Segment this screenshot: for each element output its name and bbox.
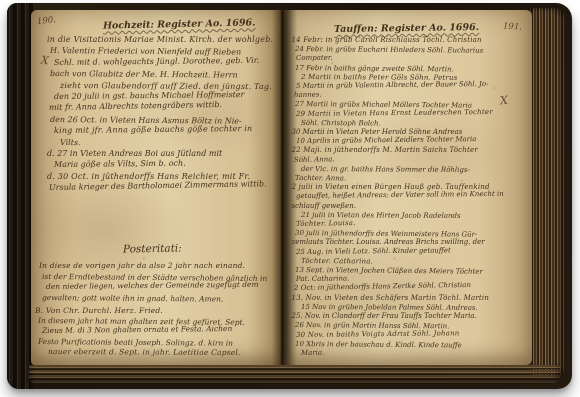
left-page-number: 190.: [37, 15, 57, 27]
right-page-header: Tauffen: Register Ao. 1696.: [333, 22, 478, 35]
handwritten-line: Zieus M. di 3 Non ghalten ornata et Fest…: [42, 324, 274, 337]
book-cover-left-edge: [7, 3, 33, 389]
right-page-entries: 14 Febr: in grüb Caroli Rischlauss Töchl…: [292, 36, 531, 358]
handwritten-line: In diese de vorigen jahr da also 2 jahr …: [39, 261, 278, 272]
handwritten-line: in die Visitationis Mariae Minist. Kirch…: [47, 34, 280, 45]
open-book: 190. Hochzeit: Register Ao. 1696. X in d…: [7, 3, 572, 389]
left-page-entries: in die Visitationis Mariae Minist. Kirch…: [47, 34, 280, 194]
handwritten-line: 30 Nov. in baiths Voigts Adrist Söhl. Jo…: [295, 328, 530, 340]
handwritten-line: Ursula krieger des Bartholomaei Zimmerma…: [49, 178, 280, 193]
handwritten-line: B. Von Chr. Durchl. Herz. Fried.: [35, 306, 274, 316]
left-page-section-b: B. Von Chr. Durchl. Herz. Fried.In diese…: [35, 306, 274, 357]
handwritten-line: Maria göße als Vilts, Sim b. och.: [54, 157, 280, 171]
photo-background: 190. Hochzeit: Register Ao. 1696. X in d…: [0, 0, 580, 397]
handwritten-line: den nieder liegen, welches der Gemeinde …: [46, 280, 278, 293]
left-page: 190. Hochzeit: Register Ao. 1696. X in d…: [31, 10, 282, 365]
handwritten-line: 29 Martii in Vietan Hans Ernst Leudersch…: [295, 107, 530, 119]
right-page: 191. Tauffen: Register Ao. 1696. X 14 Fe…: [282, 10, 533, 365]
posteritati-paragraph: In diese de vorigen jahr da also 2 jahr …: [39, 261, 278, 303]
posteritati-heading: Posteritati:: [123, 242, 182, 255]
handwritten-line: Compater.: [295, 52, 530, 64]
handwritten-line: nauer eberzeit d. Sept. in jahr. Laetiti…: [48, 347, 274, 358]
handwritten-line: getauffet, heißet Andreas; der Vater sol…: [295, 190, 530, 202]
page-stack-bottom-edge: [29, 364, 560, 384]
handwritten-line: 13. Nov. in Vieten des Schäfers Martin T…: [292, 294, 531, 303]
handwritten-line: schlauff geweßen.: [292, 202, 531, 211]
handwritten-line: 10 Aprilis in grübs Michael Zeidlers Toc…: [295, 135, 530, 147]
handwritten-line: mit fr. Anna Albrechts totengräbers witt…: [49, 98, 280, 113]
right-page-number: 191.: [503, 22, 522, 33]
handwritten-line: 25. Nov. in Clandorff der Frau Tauffs To…: [292, 312, 531, 321]
page-stack-right-edge: [530, 8, 566, 377]
handwritten-line: 15 Nov in grüben Jobeldan Palmes Söhl. A…: [300, 303, 530, 313]
handwritten-line: gewalten; gott wolte ihn in gnad. halten…: [42, 293, 278, 306]
handwritten-line: king mit jfr. Anna göße bauchs göße toch…: [54, 123, 280, 137]
handwritten-line: Söhl. Christoph Bolch.: [300, 119, 530, 129]
handwritten-line: 25 Aug. in Vieli Lotz. Söhl. Kinder geta…: [295, 245, 530, 257]
handwritten-line: Schl. mit d. wohlgeachts Jüngl. Dorothee…: [54, 54, 280, 68]
handwritten-line: 14 Febr: in grüb Caroli Rischlauss Töchl…: [292, 36, 531, 45]
open-pages: 190. Hochzeit: Register Ao. 1696. X in d…: [31, 10, 532, 365]
left-page-header: Hochzeit: Register Ao. 1696.: [103, 17, 256, 31]
handwritten-line: Vilts.: [60, 137, 280, 150]
